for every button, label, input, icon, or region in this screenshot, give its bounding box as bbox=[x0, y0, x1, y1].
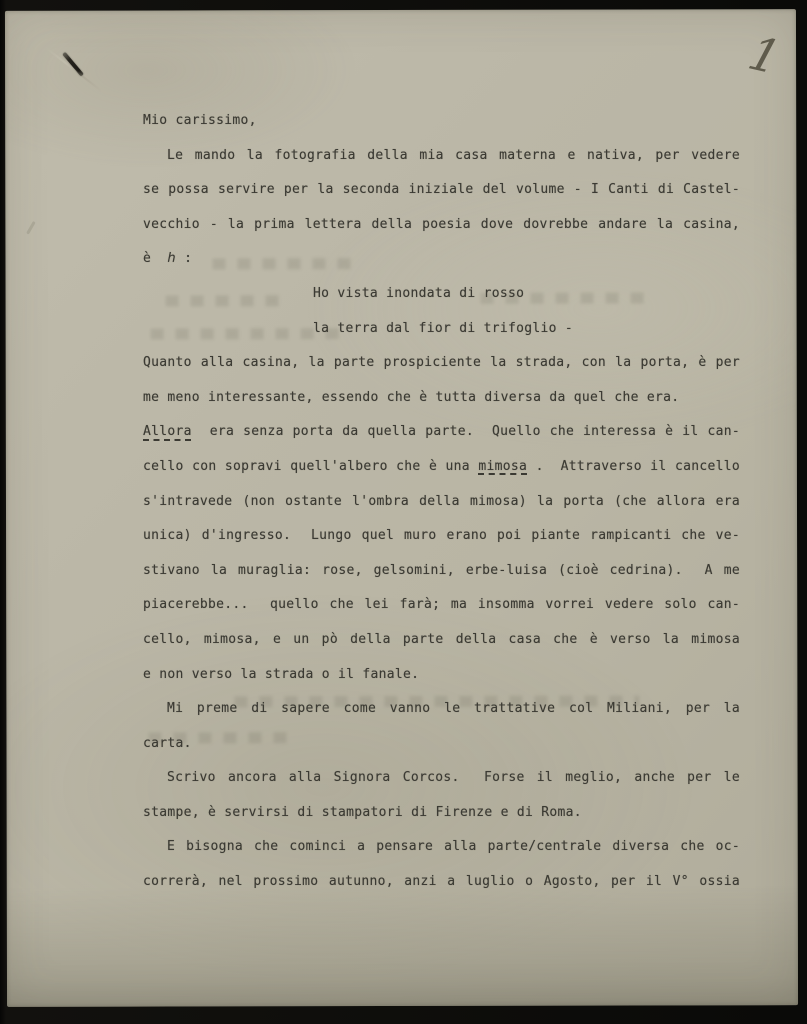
letter-line: cello, mimosa, e un pò della parte della… bbox=[143, 623, 740, 658]
letter-line: Le mando la fotografia della mia casa ma… bbox=[143, 139, 740, 174]
letter-text: . Attraverso il cancello bbox=[527, 459, 740, 474]
letter-line: Mio carissimo, bbox=[143, 104, 740, 139]
underlined-word: Allora bbox=[143, 424, 192, 439]
letter-line: piacerebbe... quello che lei farà; ma in… bbox=[143, 588, 740, 623]
letter-line: E bisogna che cominci a pensare alla par… bbox=[143, 830, 740, 865]
underlined-word: mimosa bbox=[478, 459, 527, 474]
handwritten-letter-glyph: ℎ bbox=[167, 251, 176, 266]
letter-line: correrà, nel prossimo autunno, anzi a lu… bbox=[143, 865, 740, 900]
letter-line: la terra dal fior di trifoglio - bbox=[143, 312, 740, 347]
letter-line: cello con sopravi quell'albero che è una… bbox=[143, 450, 740, 485]
paper-crease bbox=[46, 47, 102, 92]
letter-line: stampe, è servirsi di stampatori di Fire… bbox=[143, 796, 740, 831]
letter-text: era senza porta da quella parte. Quello … bbox=[192, 424, 740, 439]
letter-line: se possa servire per la seconda iniziale… bbox=[143, 173, 740, 208]
letter-line: Scrivo ancora alla Signora Corcos. Forse… bbox=[143, 761, 740, 796]
letter-text: è bbox=[143, 251, 167, 266]
paper-scratch bbox=[26, 221, 36, 235]
letter-line: Mi preme di sapere come vanno le trattat… bbox=[143, 692, 740, 727]
letter-line: Allora era senza porta da quella parte. … bbox=[143, 415, 740, 450]
letter-line: vecchio - la prima lettera della poesia … bbox=[143, 208, 740, 243]
letter-line: carta. bbox=[143, 727, 740, 762]
letter-body: Mio carissimo,Le mando la fotografia del… bbox=[143, 104, 740, 900]
letter-line: unica) d'ingresso. Lungo quel muro erano… bbox=[143, 519, 740, 554]
letter-line: me meno interessante, essendo che è tutt… bbox=[143, 381, 740, 416]
letter-line: s'intravede (non ostante l'ombra della m… bbox=[143, 485, 740, 520]
letter-line: Quanto alla casina, la parte prospicient… bbox=[143, 346, 740, 381]
letter-line: è ℎ : bbox=[143, 242, 740, 277]
letter-line: Ho vista inondata di rosso bbox=[143, 277, 740, 312]
letter-text: cello con sopravi quell'albero che è una bbox=[143, 459, 478, 474]
letter-text: : bbox=[176, 251, 192, 266]
letter-line: stivano la muraglia: rose, gelsomini, er… bbox=[143, 554, 740, 589]
letter-line: e non verso la strada o il fanale. bbox=[143, 658, 740, 693]
page-number-annotation: 1 bbox=[733, 23, 795, 91]
